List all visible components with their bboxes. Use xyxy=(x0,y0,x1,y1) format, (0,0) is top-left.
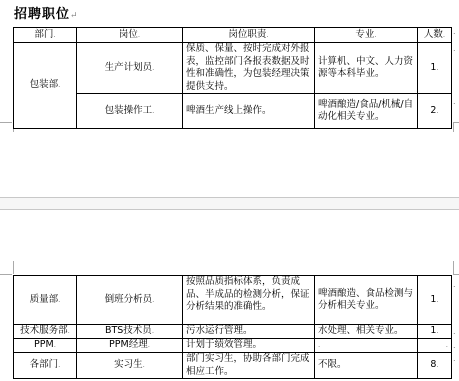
cell-duty: 部门实习生，协助各部门完成相应工作。 xyxy=(183,353,315,379)
section-title-text: 招聘职位 xyxy=(14,7,70,22)
row-end-mark: . xyxy=(453,354,456,363)
cell-count: 8. xyxy=(418,353,452,379)
cell-major: 啤酒酿造、食品检测与分析相关专业。 xyxy=(315,276,418,325)
page-corner-mark xyxy=(453,274,459,275)
cell-major: . xyxy=(315,339,418,353)
row-end-mark: . xyxy=(453,27,456,36)
cell-count: 1. xyxy=(418,325,452,339)
row-end-mark: . xyxy=(453,327,456,336)
cell-duty: 啤酒生产线上操作。 xyxy=(183,94,315,129)
cell-dept: 包装部. xyxy=(14,43,77,129)
cell-major: 不限。 xyxy=(315,353,418,379)
row-end-mark: . xyxy=(453,341,456,350)
header-major: 专业. xyxy=(315,28,418,43)
page-corner-mark xyxy=(13,261,14,274)
page-break-gap xyxy=(0,197,459,210)
row-end-mark: . xyxy=(453,97,456,106)
cell-major: 水处理、相关专业。 xyxy=(315,325,418,339)
page-corner-mark xyxy=(453,122,454,132)
cell-count: 1. xyxy=(418,43,452,94)
cell-dept: PPM. xyxy=(14,339,77,353)
table-row: 技术服务部. BTS技术员. 污水运行管理。 水处理、相关专业。 1. xyxy=(14,325,452,339)
page-corner-mark xyxy=(453,261,454,274)
cell-major: 计算机、中文、人力资源等本科毕业。 xyxy=(315,43,418,94)
row-end-mark: . xyxy=(453,280,456,289)
page-corner-mark xyxy=(0,122,12,123)
table-row: 质量部. 倒班分析员. 按照品质指标体系，负责成品、半成品的检测分析，保证分析结… xyxy=(14,276,452,325)
cell-count: 2. xyxy=(418,94,452,129)
page-corner-mark xyxy=(0,274,12,275)
cell-dept: 质量部. xyxy=(14,276,77,325)
cell-major: 啤酒酿造/食品/机械/自动化相关专业。 xyxy=(315,94,418,129)
cell-position: 倒班分析员. xyxy=(77,276,183,325)
cell-position: 生产计划员. xyxy=(77,43,183,94)
cell-dept: 各部门. xyxy=(14,353,77,379)
table-row: 各部门. 实习生. 部门实习生，协助各部门完成相应工作。 不限。 8. xyxy=(14,353,452,379)
cell-duty: 计划于绩效管理。 xyxy=(183,339,315,353)
jobs-table-page1: 部门. 岗位. 岗位职责. 专业. 人数. 包装部. 生产计划员. 保质、保量、… xyxy=(13,27,452,129)
table-row: 包装部. 生产计划员. 保质、保量、按时完成对外报表，监控部门各报表数据及时性和… xyxy=(14,43,452,94)
paragraph-mark: ↵ xyxy=(70,11,79,21)
header-dept: 部门. xyxy=(14,28,77,43)
cell-count: 1. xyxy=(418,276,452,325)
header-position: 岗位. xyxy=(77,28,183,43)
section-title: 招聘职位↵ xyxy=(14,3,79,22)
cell-position: 包装操作工. xyxy=(77,94,183,129)
jobs-table-page2: 质量部. 倒班分析员. 按照品质指标体系，负责成品、半成品的检测分析，保证分析结… xyxy=(13,275,452,379)
cell-duty: 按照品质指标体系，负责成品、半成品的检测分析，保证分析结果的准确性。 xyxy=(183,276,315,325)
page-corner-mark xyxy=(453,122,459,123)
cell-position: 实习生. xyxy=(77,353,183,379)
cell-position: PPM经理. xyxy=(77,339,183,353)
row-end-mark: . xyxy=(453,44,456,53)
table-row: 包装操作工. 啤酒生产线上操作。 啤酒酿造/食品/机械/自动化相关专业。 2. xyxy=(14,94,452,129)
cell-position: BTS技术员. xyxy=(77,325,183,339)
cell-duty: 污水运行管理。 xyxy=(183,325,315,339)
table-header-row: 部门. 岗位. 岗位职责. 专业. 人数. xyxy=(14,28,452,43)
cell-dept: 技术服务部. xyxy=(14,325,77,339)
cell-count: . xyxy=(418,339,452,353)
header-duty: 岗位职责. xyxy=(183,28,315,43)
cell-duty: 保质、保量、按时完成对外报表，监控部门各报表数据及时性和准确性，为包装经理决策提… xyxy=(183,43,315,94)
table-row: PPM. PPM经理. 计划于绩效管理。 . . xyxy=(14,339,452,353)
header-count: 人数. xyxy=(418,28,452,43)
